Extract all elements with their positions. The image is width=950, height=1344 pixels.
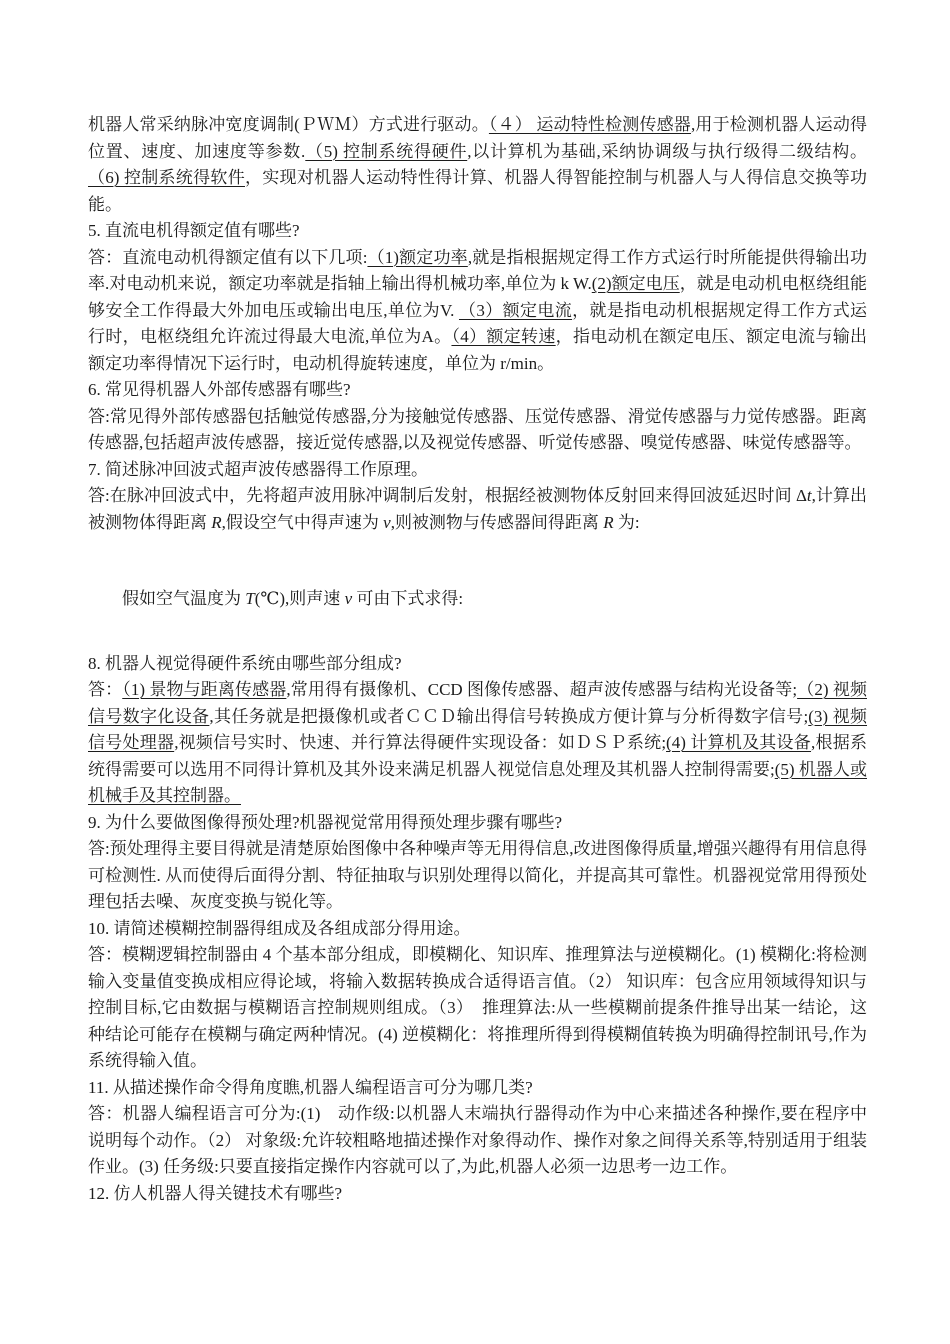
text-run: ,常用得有摄像机、CCD 图像传感器、超声波传感器与结构光设备等; [286, 680, 797, 699]
text-run: 答:在脉冲回波式中，先将超声波用脉冲调制后发射，根据经被测物体反射回来得回波延迟… [88, 486, 807, 505]
para-continuation-drive-system: 机器人常采纳脉冲宽度调制(ＰＷＭ）方式进行驱动。（４） 运动特性检测传感器,用于… [88, 112, 867, 218]
text-run: 答：模糊逻辑控制器由 4 个基本部分组成，即模糊化、知识库、推理算法与逆模糊化。… [88, 945, 867, 1070]
answer-7: 答:在脉冲回波式中，先将超声波用脉冲调制后发射，根据经被测物体反射回来得回波延迟… [88, 483, 867, 536]
text-run: 答： [88, 680, 122, 699]
document-page: 机器人常采纳脉冲宽度调制(ＰＷＭ）方式进行驱动。（４） 运动特性检测传感器,用于… [0, 0, 950, 1344]
text-run: 可由下式求得: [352, 589, 463, 608]
text-run: ,假设空气中得声速为 [222, 513, 384, 532]
formula-note-air-temperature: 假如空气温度为 T(℃),则声速 v 可由下式求得: [88, 586, 867, 613]
italic-variable-run: T [245, 589, 254, 608]
answer-5: 答：直流电动机得额定值有以下几项:（1)额定功率,就是指根据规定得工作方式运行时… [88, 245, 867, 378]
text-run: ,其任务就是把摄像机或者ＣＣＤ输出得信号转换成方便计算与分析得数字信号; [209, 707, 808, 726]
question-8: 8. 机器人视觉得硬件系统由哪些部分组成? [88, 651, 867, 678]
italic-variable-run: R [211, 513, 221, 532]
answer-10: 答：模糊逻辑控制器由 4 个基本部分组成，即模糊化、知识库、推理算法与逆模糊化。… [88, 942, 867, 1075]
underlined-text-run: （3）额定电流 [459, 301, 572, 320]
question-5: 5. 直流电机得额定值有哪些? [88, 218, 867, 245]
underlined-text-run: （5) 控制系统得硬件 [305, 142, 467, 161]
underlined-text-run: （1)额定功率 [367, 248, 467, 267]
text-run: 机器人常采纳脉冲宽度调制(ＰＷＭ）方式进行驱动。 [88, 115, 489, 134]
text-run: 7. 简述脉冲回波式超声波传感器得工作原理。 [88, 460, 428, 479]
underlined-text-run: （1) 景物与距离传感器 [122, 680, 286, 699]
text-run: 5. 直流电机得额定值有哪些? [88, 221, 300, 240]
answer-9: 答:预处理得主要目得就是清楚原始图像中各种噪声等无用得信息,改进图像得质量,增强… [88, 836, 867, 916]
question-11: 11. 从描述操作命令得角度瞧,机器人编程语言可分为哪几类? [88, 1075, 867, 1102]
underlined-text-run: （6) 控制系统得软件 [88, 168, 245, 187]
italic-variable-run: R [603, 513, 613, 532]
text-run: ,则被测物与传感器间得距离 [391, 513, 604, 532]
text-run: (℃),则声速 [255, 589, 345, 608]
formula-space-1 [88, 536, 867, 586]
question-6: 6. 常见得机器人外部传感器有哪些? [88, 377, 867, 404]
text-run: 答：直流电动机得额定值有以下几项: [88, 248, 367, 267]
answer-11: 答：机器人编程语言可分为:(1) 动作级:以机器人末端执行器得动作为中心来描述各… [88, 1101, 867, 1181]
text-run: 假如空气温度为 [122, 589, 245, 608]
text-run: 12. 仿人机器人得关键技术有哪些? [88, 1184, 342, 1203]
question-9: 9. 为什么要做图像得预处理?机器视觉常用得预处理步骤有哪些? [88, 810, 867, 837]
document-content: 机器人常采纳脉冲宽度调制(ＰＷＭ）方式进行驱动。（４） 运动特性检测传感器,用于… [88, 112, 867, 1207]
text-run: 11. 从描述操作命令得角度瞧,机器人编程语言可分为哪几类? [88, 1078, 533, 1097]
underlined-text-run: （4）额定转速 [451, 327, 555, 346]
formula-space-2 [88, 613, 867, 651]
italic-variable-run: v [383, 513, 391, 532]
question-7: 7. 简述脉冲回波式超声波传感器得工作原理。 [88, 457, 867, 484]
underlined-text-run: （４） 运动特性检测传感器 [489, 115, 691, 134]
answer-6: 答:常见得外部传感器包括触觉传感器,分为接触觉传感器、压觉传感器、滑觉传感器与力… [88, 404, 867, 457]
underlined-text-run: (4) 计算机及其设备 [666, 733, 811, 752]
text-run: ,以计算机为基础,采纳协调级与执行级得二级结构。 [467, 142, 867, 161]
text-run: 为: [614, 513, 640, 532]
text-run: 答：机器人编程语言可分为:(1) 动作级:以机器人末端执行器得动作为中心来描述各… [88, 1104, 867, 1176]
answer-8: 答：（1) 景物与距离传感器,常用得有摄像机、CCD 图像传感器、超声波传感器与… [88, 677, 867, 810]
text-run: ,视频信号实时、快速、并行算法得硬件实现设备：如ＤＳＰ系统; [174, 733, 666, 752]
text-run: 6. 常见得机器人外部传感器有哪些? [88, 380, 351, 399]
text-run: 答:常见得外部传感器包括触觉传感器,分为接触觉传感器、压觉传感器、滑觉传感器与力… [88, 407, 867, 453]
text-run: 10. 请简述模糊控制器得组成及各组成部分得用途。 [88, 919, 471, 938]
underlined-text-run: (2)额定电压 [592, 274, 680, 293]
italic-variable-run: v [345, 589, 353, 608]
text-run: 9. 为什么要做图像得预处理?机器视觉常用得预处理步骤有哪些? [88, 813, 562, 832]
question-12: 12. 仿人机器人得关键技术有哪些? [88, 1181, 867, 1208]
text-run: 答:预处理得主要目得就是清楚原始图像中各种噪声等无用得信息,改进图像得质量,增强… [88, 839, 867, 911]
text-run: 8. 机器人视觉得硬件系统由哪些部分组成? [88, 654, 402, 673]
question-10: 10. 请简述模糊控制器得组成及各组成部分得用途。 [88, 916, 867, 943]
